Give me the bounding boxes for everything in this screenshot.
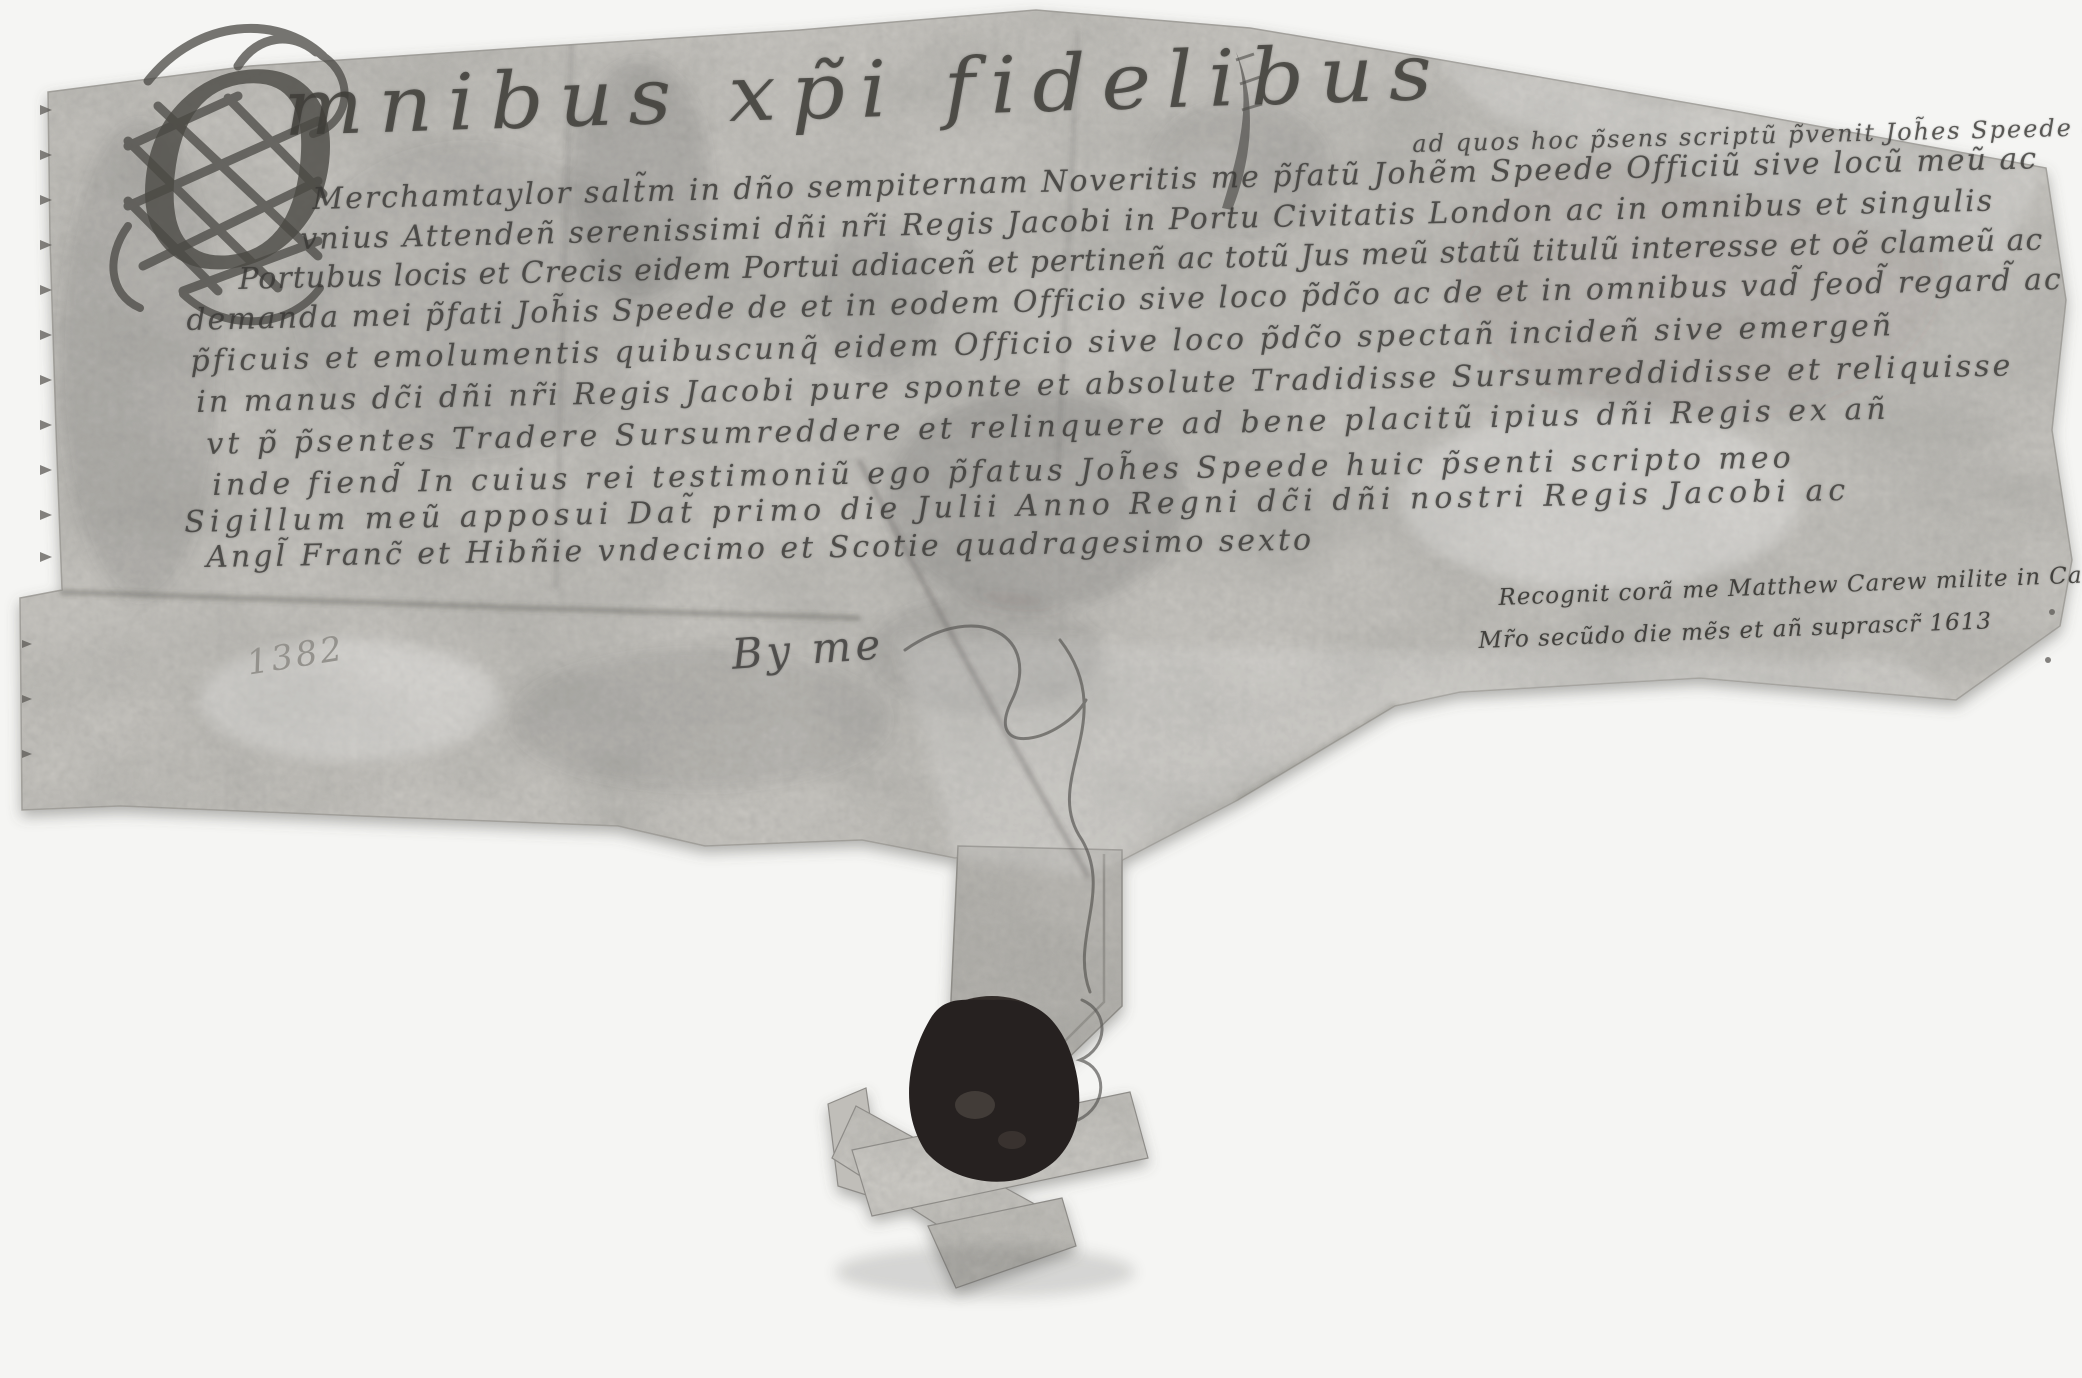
- photograph-of-parchment-charter: O mnibus xp̃i fidelibus ad quo: [0, 0, 2082, 1378]
